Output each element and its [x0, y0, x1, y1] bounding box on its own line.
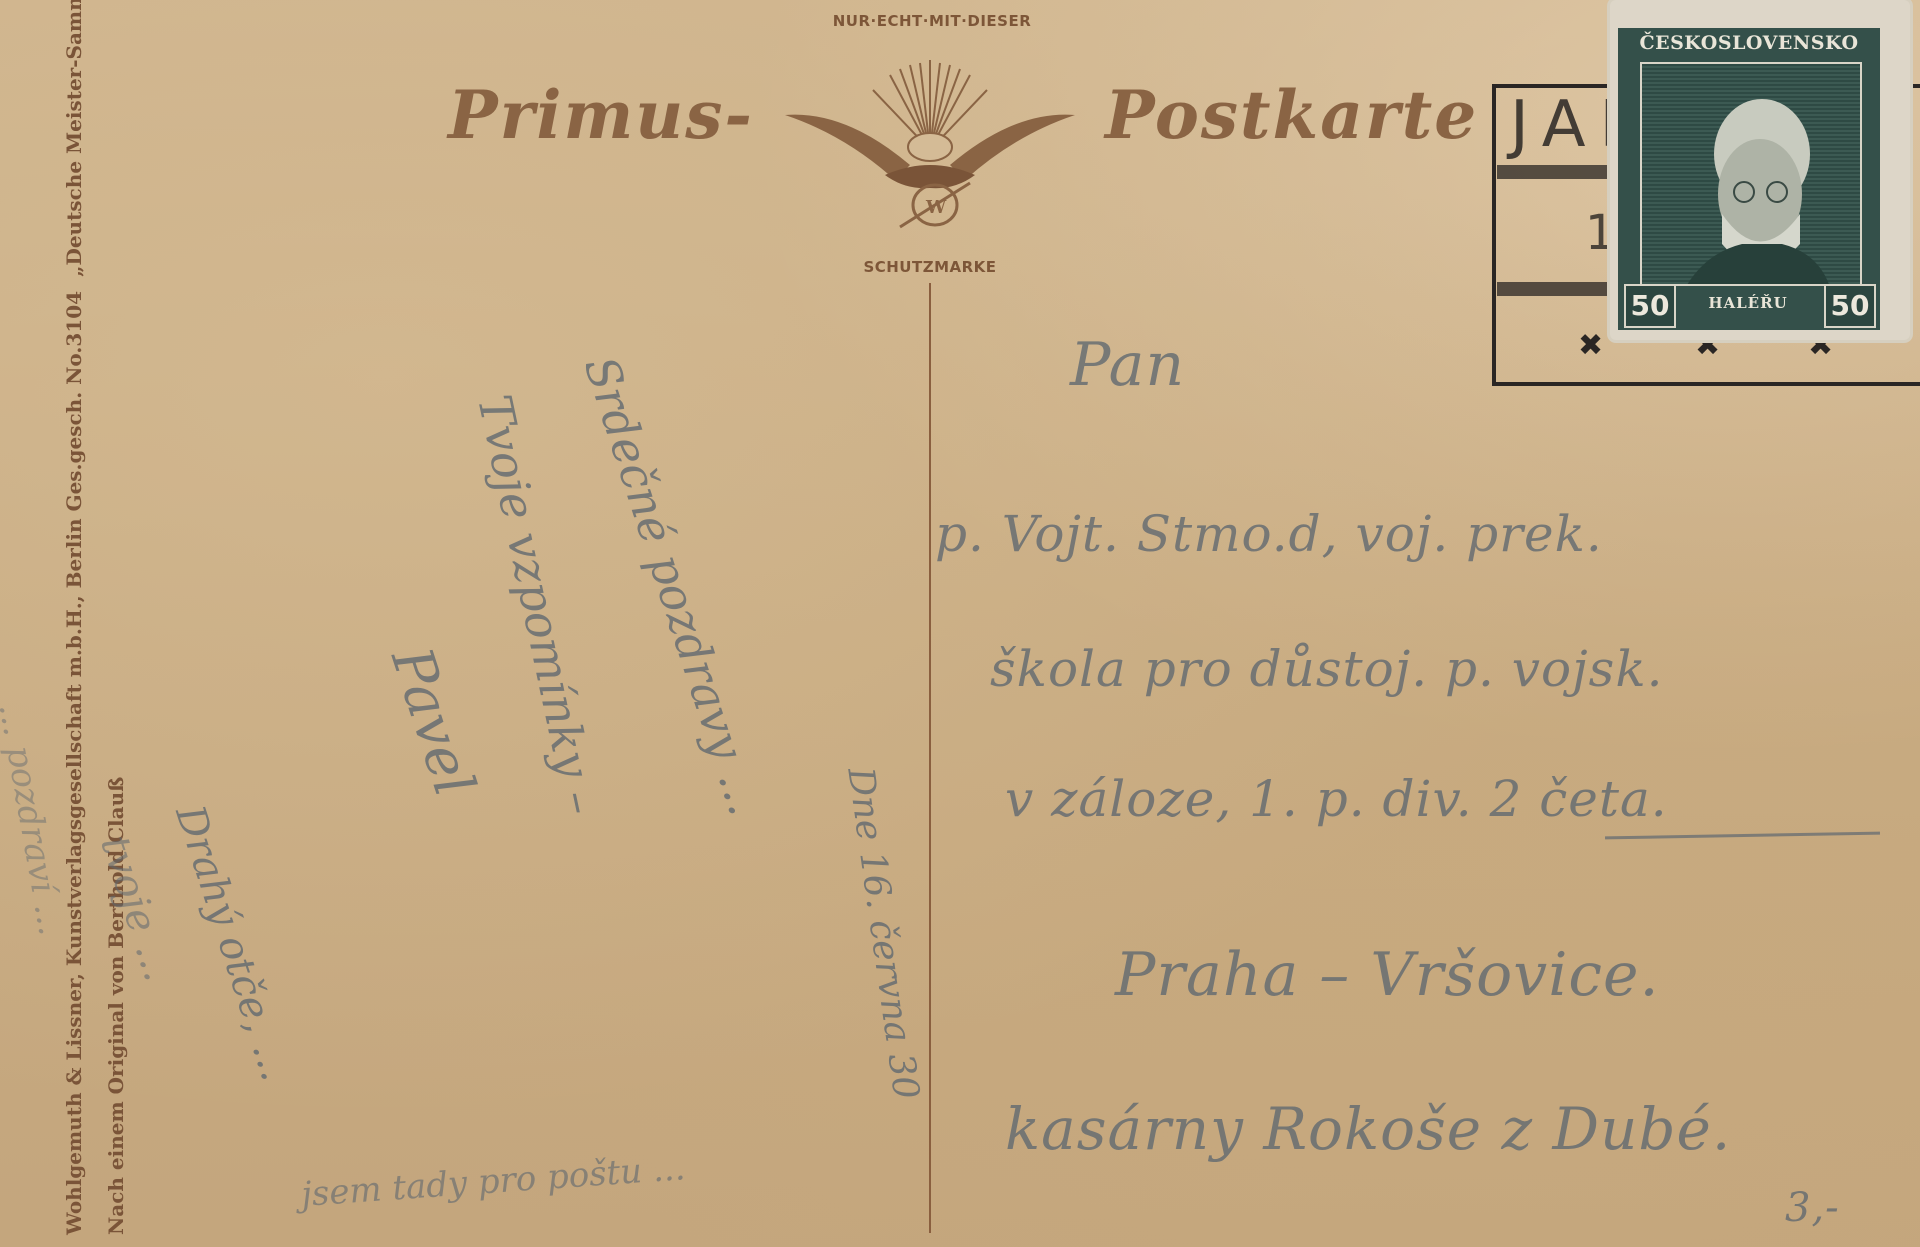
publisher-imprint-line1: Wohlgemuth & Lissner, Kunstverlagsgesell… — [62, 0, 86, 1235]
address-city: Praha – Vršovice. — [1115, 940, 1660, 1010]
message-dateline: Dne 16. června 30 — [839, 765, 926, 1102]
address-salutation: Pan — [1070, 330, 1185, 400]
stamp-country: ČESKOSLOVENSKO — [1618, 32, 1880, 54]
eagle-logo-icon: W — [785, 55, 1075, 235]
message-footer: jsem tady pro poštu ... — [300, 1148, 687, 1215]
message-line-a: Drahý otče, ... — [166, 800, 298, 1086]
stamp-value-right: 50 — [1824, 284, 1876, 328]
portrait-icon — [1682, 94, 1832, 286]
title-postkarte: Postkarte — [1105, 76, 1478, 154]
stamp-value-left: 50 — [1624, 284, 1676, 328]
stamp-currency: HALÉŘU — [1678, 294, 1818, 312]
message-signature: Pavel — [378, 640, 487, 804]
stamp-portrait-frame — [1640, 62, 1862, 286]
address-line-2: škola pro důstoj. p. vojsk. — [990, 640, 1664, 698]
address-line-3: v záloze, 1. p. div. 2 četa. — [1005, 770, 1668, 828]
postmark-ornament-icon: ✖ — [1578, 328, 1603, 363]
postcard-back: NUR·ECHT·MIT·DIESER Primus- W Postkarte … — [0, 0, 1920, 1247]
address-underline — [1605, 832, 1880, 840]
message-line-c: Srdečné pozdravy ... — [574, 350, 773, 821]
address-barracks: kasárny Rokoše z Dubé. — [1005, 1095, 1731, 1163]
address-divider — [929, 283, 931, 1233]
authenticity-note: NUR·ECHT·MIT·DIESER — [812, 12, 1052, 30]
title-primus: Primus- — [448, 76, 754, 154]
address-line-1: p. Vojt. Stmo.d, voj. prek. — [935, 505, 1603, 563]
message-line-d: Tvoje vzpomínky – — [467, 390, 609, 819]
trademark-label: SCHUTZMARKE — [830, 258, 1030, 276]
message-margin-faint: ... pozdraví ... — [0, 700, 71, 938]
postage-stamp: ČESKOSLOVENSKO 50 HALÉŘU 50 — [1618, 28, 1880, 330]
price-note: 3,- — [1785, 1185, 1840, 1231]
